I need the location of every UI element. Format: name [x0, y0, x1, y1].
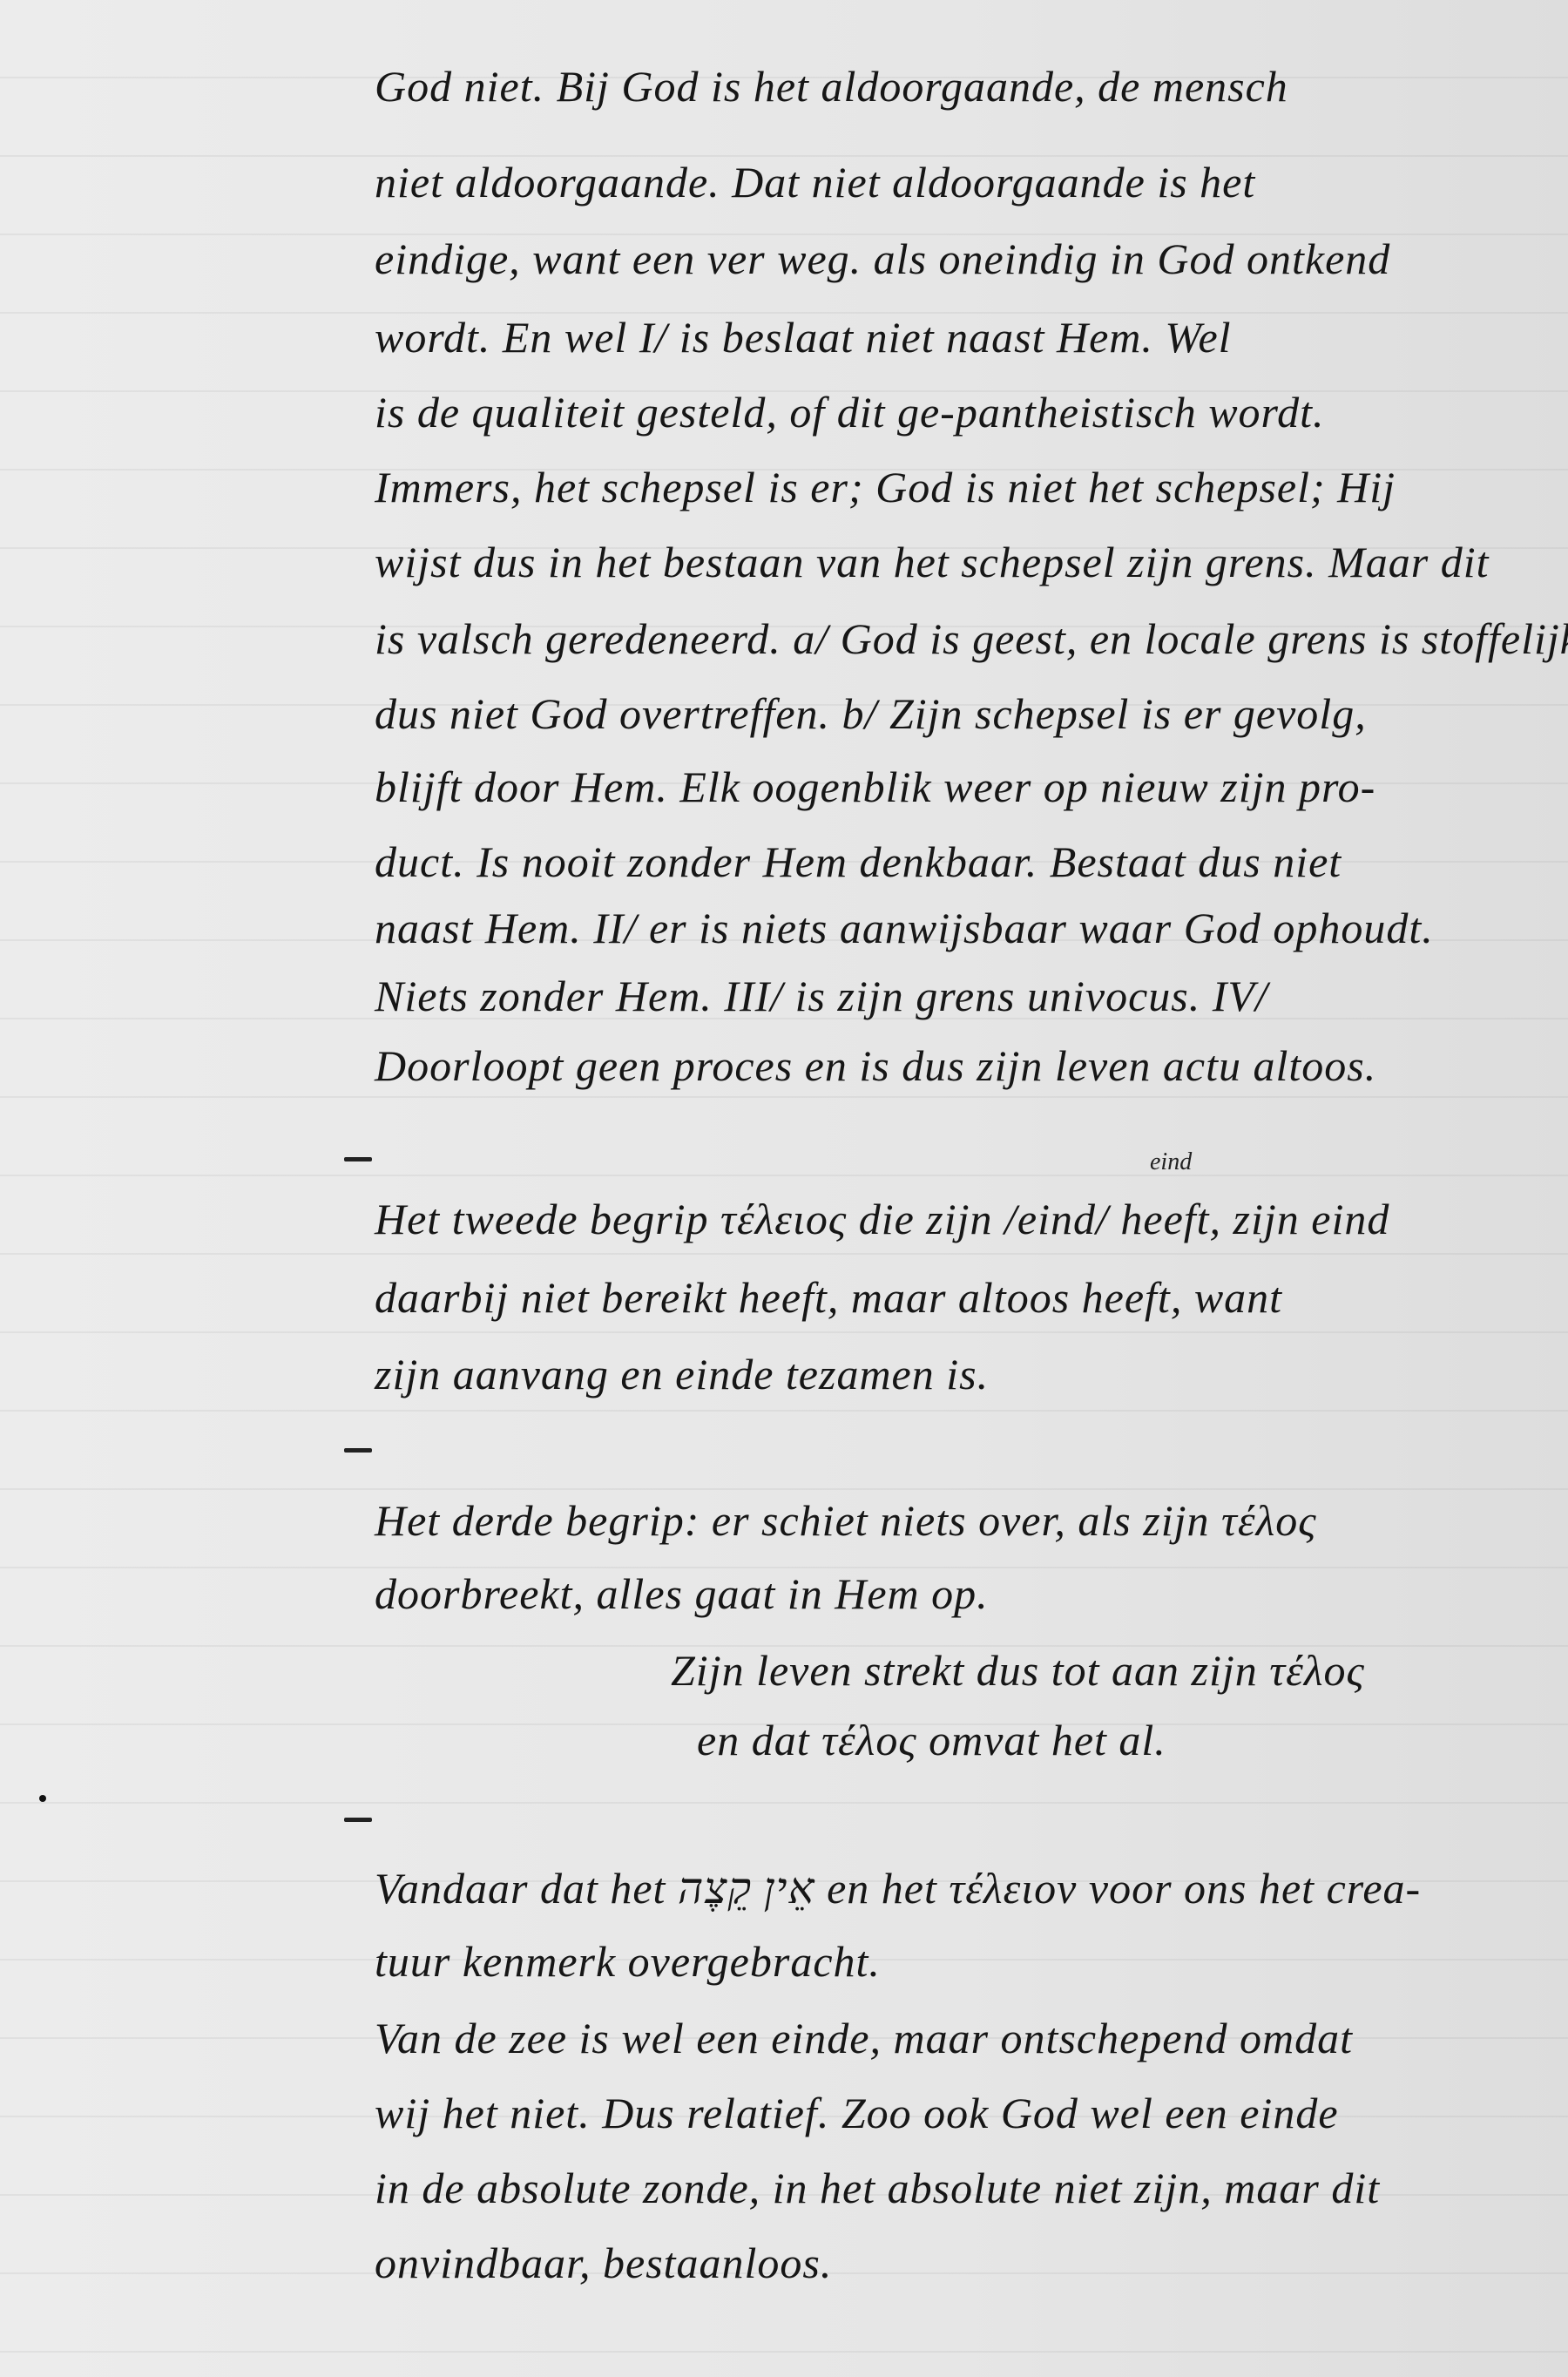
- text-line: is de qualiteit gesteld, of dit ge-panth…: [375, 387, 1325, 437]
- text-line: duct. Is nooit zonder Hem denkbaar. Best…: [375, 836, 1342, 887]
- text-line: dus niet God overtreffen. b/ Zijn scheps…: [375, 688, 1367, 739]
- superscript-insertion: eind: [1150, 1148, 1192, 1176]
- text-line: onvindbaar, bestaanloos.: [375, 2238, 832, 2288]
- text-line: en dat τέλος omvat het al.: [697, 1715, 1166, 1765]
- text-line: Het derde begrip: er schiet niets over, …: [375, 1495, 1317, 1546]
- text-line: niet aldoorgaande. Dat niet aldoorgaande…: [375, 157, 1255, 207]
- text-line: wij het niet. Dus relatief. Zoo ook God …: [375, 2088, 1339, 2138]
- text-line: blijft door Hem. Elk oogenblik weer op n…: [375, 762, 1375, 812]
- text-line: wordt. En wel I/ is beslaat niet naast H…: [375, 312, 1232, 362]
- ink-dot: [39, 1795, 46, 1802]
- manuscript-page: God niet. Bij God is het aldoorgaande, d…: [0, 0, 1568, 2377]
- section-dash: [344, 1818, 372, 1822]
- text-line: Het tweede begrip τέλειος die zijn /eind…: [375, 1194, 1389, 1244]
- text-line: Immers, het schepsel is er; God is niet …: [375, 462, 1396, 512]
- text-line: God niet. Bij God is het aldoorgaande, d…: [375, 61, 1288, 112]
- text-line: zijn aanvang en einde tezamen is.: [375, 1349, 989, 1399]
- text-line: is valsch geredeneerd. a/ God is geest, …: [375, 613, 1568, 664]
- text-line: in de absolute zonde, in het absolute ni…: [375, 2163, 1380, 2213]
- text-line: Doorloopt geen proces en is dus zijn lev…: [375, 1040, 1376, 1091]
- text-line: Zijn leven strekt dus tot aan zijn τέλος: [671, 1645, 1365, 1696]
- section-dash: [344, 1157, 372, 1161]
- text-line: doorbreekt, alles gaat in Hem op.: [375, 1568, 989, 1619]
- text-line: naast Hem. II/ er is niets aanwijsbaar w…: [375, 903, 1434, 953]
- text-line: Van de zee is wel een einde, maar ontsch…: [375, 2013, 1353, 2063]
- text-line: tuur kenmerk overgebracht.: [375, 1936, 881, 1987]
- text-line: eindige, want een ver weg. als oneindig …: [375, 234, 1390, 284]
- text-line: Vandaar dat het אֵין קֵצֶה en het τέλειο…: [375, 1863, 1421, 1913]
- text-line: daarbij niet bereikt heeft, maar altoos …: [375, 1272, 1282, 1323]
- text-line: Niets zonder Hem. III/ is zijn grens uni…: [375, 971, 1268, 1021]
- section-dash: [344, 1448, 372, 1453]
- text-line: wijst dus in het bestaan van het schepse…: [375, 537, 1490, 587]
